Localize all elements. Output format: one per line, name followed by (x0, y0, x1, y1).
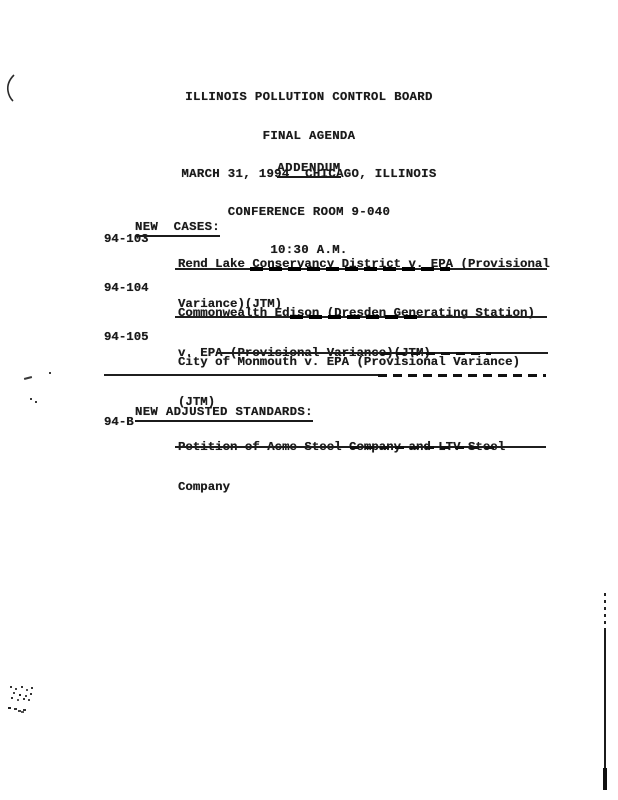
document-page: ILLINOIS POLLUTION CONTROL BOARD FINAL A… (0, 0, 618, 800)
scan-artifact-speck (30, 398, 32, 400)
scan-artifact-vertical-line-thick (603, 768, 607, 790)
scan-artifact-vertical-line (604, 630, 606, 770)
rule-heavy-segment (250, 267, 450, 271)
scan-artifact-speck (35, 401, 37, 403)
scan-artifact-speckle-cluster (10, 686, 12, 688)
case-number: 94-103 (104, 232, 149, 246)
case-number: 94-104 (104, 281, 149, 295)
scan-artifact-vertical-line-dotted (604, 593, 606, 630)
writein-rule-line (175, 316, 547, 318)
header-line-board: ILLINOIS POLLUTION CONTROL BOARD (0, 91, 618, 104)
rule-dashed-segment (350, 446, 500, 449)
case-title: Petition of Acme Steel Company and LTV S… (178, 415, 563, 521)
section-separator-line (104, 374, 546, 376)
scan-artifact-speck (49, 372, 51, 374)
writein-rule-line (175, 268, 547, 270)
header-line-room: CONFERENCE ROOM 9-040 (0, 206, 618, 219)
rule-heavy-segment (290, 315, 420, 319)
scan-artifact-speckle-cluster (8, 707, 11, 709)
rule-dashed-segment (378, 374, 546, 377)
header-line-agenda: FINAL AGENDA (0, 130, 618, 143)
writein-rule-line (216, 352, 548, 354)
addendum-title-text: ADDENDUM (277, 161, 341, 178)
scan-artifact-speck (24, 376, 32, 380)
rule-dashed-segment (381, 352, 491, 355)
case-title-line: City of Monmouth v. EPA (Provisional Var… (178, 356, 563, 369)
case-number: 94-B (104, 415, 134, 429)
scan-artifact-squiggle (5, 74, 19, 102)
writein-rule-line (175, 446, 546, 448)
addendum-title: ADDENDUM (0, 161, 618, 175)
case-number: 94-105 (104, 330, 149, 344)
case-title-line: Company (178, 481, 563, 494)
